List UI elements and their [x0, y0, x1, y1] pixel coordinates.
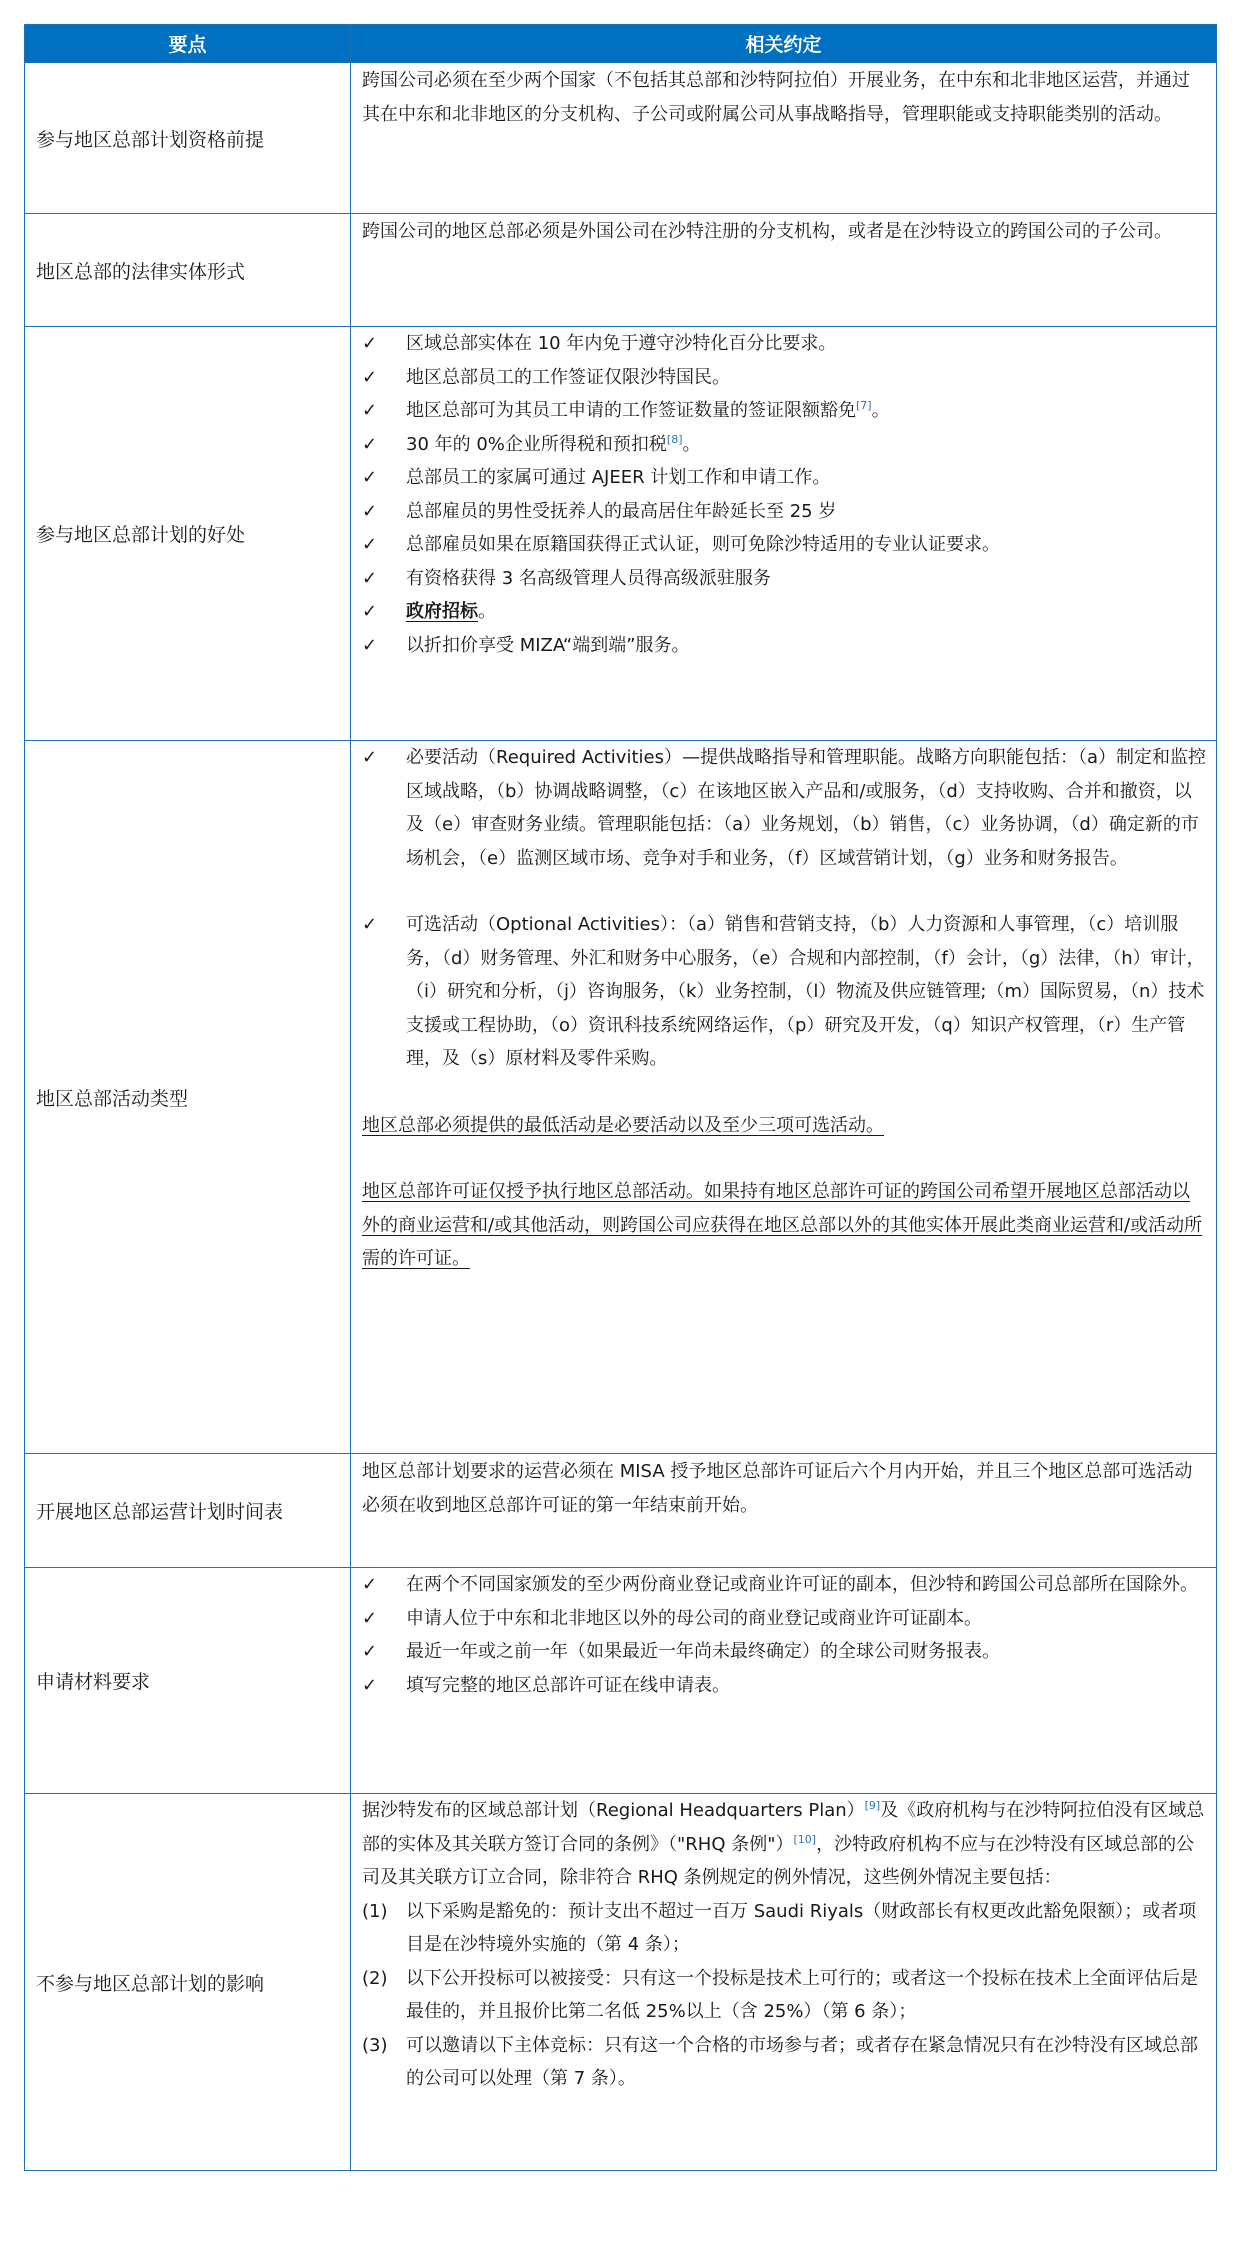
eligibility-text: 跨国公司必须在至少两个国家（不包括其总部和沙特阿拉伯）开展业务，在中东和北非地区…: [362, 70, 1190, 125]
row-key-timeline: 开展地区总部运营计划时间表: [25, 1454, 351, 1568]
benefit-item: ✓以折扣价享受 MIZA“端到端”服务。: [362, 629, 1206, 663]
benefit-item: ✓总部雇员如果在原籍国获得正式认证，则可免除沙特适用的专业认证要求。: [362, 528, 1206, 562]
table-row: 不参与地区总部计划的影响 据沙特发布的区域总部计划（Regional Headq…: [25, 1794, 1217, 2171]
timeline-text: 地区总部计划要求的运营必须在 MISA 授予地区总部许可证后六个月内开始，并且三…: [362, 1461, 1192, 1516]
row-value-activity-types: ✓必要活动（Required Activities）—提供战略指导和管理职能。战…: [351, 741, 1217, 1454]
row-value-eligibility: 跨国公司必须在至少两个国家（不包括其总部和沙特阿拉伯）开展业务，在中东和北非地区…: [351, 63, 1217, 214]
check-icon: ✓: [362, 495, 392, 529]
regional-hq-table: 要点 相关约定 参与地区总部计划资格前提 跨国公司必须在至少两个国家（不包括其总…: [24, 24, 1217, 2171]
check-icon: ✓: [362, 1635, 392, 1669]
benefit-item: ✓30 年的 0%企业所得税和预扣税[8]。: [362, 428, 1206, 462]
check-icon: ✓: [362, 327, 392, 361]
check-icon: ✓: [362, 562, 392, 596]
exception-item: (3)可以邀请以下主体竞标：只有这一个合格的市场参与者；或者存在紧急情况只有在沙…: [362, 2029, 1206, 2096]
material-item: ✓在两个不同国家颁发的至少两份商业登记或商业许可证的副本，但沙特和跨国公司总部所…: [362, 1568, 1206, 1602]
footnote-ref-9[interactable]: [9]: [865, 1799, 881, 1812]
government-tender-link[interactable]: 政府招标: [406, 601, 478, 622]
table-row: 参与地区总部计划资格前提 跨国公司必须在至少两个国家（不包括其总部和沙特阿拉伯）…: [25, 63, 1217, 214]
row-key-activity-types: 地区总部活动类型: [25, 741, 351, 1454]
license-scope-note: 地区总部许可证仅授予执行地区总部活动。如果持有地区总部许可证的跨国公司希望开展地…: [362, 1175, 1206, 1276]
check-icon: ✓: [362, 528, 392, 562]
exception-item: (2)以下公开投标可以被接受：只有这一个投标是技术上可行的；或者这一个投标在技术…: [362, 1962, 1206, 2029]
benefit-item: ✓总部员工的家属可通过 AJEER 计划工作和申请工作。: [362, 461, 1206, 495]
check-icon: ✓: [362, 361, 392, 395]
footnote-ref-8[interactable]: [8]: [667, 433, 683, 446]
check-icon: ✓: [362, 461, 392, 495]
row-value-legal-form: 跨国公司的地区总部必须是外国公司在沙特注册的分支机构，或者是在沙特设立的跨国公司…: [351, 214, 1217, 327]
benefit-item: ✓地区总部可为其员工申请的工作签证数量的签证限额豁免[7]。: [362, 394, 1206, 428]
table-row: 申请材料要求 ✓在两个不同国家颁发的至少两份商业登记或商业许可证的副本，但沙特和…: [25, 1568, 1217, 1794]
material-item: ✓申请人位于中东和北非地区以外的母公司的商业登记或商业许可证副本。: [362, 1602, 1206, 1636]
row-value-application-materials: ✓在两个不同国家颁发的至少两份商业登记或商业许可证的副本，但沙特和跨国公司总部所…: [351, 1568, 1217, 1794]
check-icon: ✓: [362, 1568, 392, 1602]
check-icon: ✓: [362, 428, 392, 462]
benefit-item: ✓有资格获得 3 名高级管理人员得高级派驻服务: [362, 562, 1206, 596]
check-icon: ✓: [362, 1602, 392, 1636]
check-icon: ✓: [362, 1669, 392, 1703]
footnote-ref-10[interactable]: [10]: [794, 1833, 817, 1846]
check-icon: ✓: [362, 595, 392, 629]
material-item: ✓最近一年或之前一年（如果最近一年尚未最终确定）的全球公司财务报表。: [362, 1635, 1206, 1669]
check-icon: ✓: [362, 741, 392, 775]
benefit-item: ✓政府招标。: [362, 595, 1206, 629]
check-icon: ✓: [362, 394, 392, 428]
row-key-legal-form: 地区总部的法律实体形式: [25, 214, 351, 327]
table-row: 地区总部活动类型 ✓必要活动（Required Activities）—提供战略…: [25, 741, 1217, 1454]
benefit-item: ✓区域总部实体在 10 年内免于遵守沙特化百分比要求。: [362, 327, 1206, 361]
benefit-item: ✓地区总部员工的工作签证仅限沙特国民。: [362, 361, 1206, 395]
optional-activities: ✓可选活动（Optional Activities）：（a）销售和营销支持，（b…: [362, 908, 1206, 1076]
check-icon: ✓: [362, 908, 392, 942]
row-value-benefits: ✓区域总部实体在 10 年内免于遵守沙特化百分比要求。 ✓地区总部员工的工作签证…: [351, 327, 1217, 741]
material-item: ✓填写完整的地区总部许可证在线申请表。: [362, 1669, 1206, 1703]
table-row: 地区总部的法律实体形式 跨国公司的地区总部必须是外国公司在沙特注册的分支机构，或…: [25, 214, 1217, 327]
header-key-points: 要点: [25, 25, 351, 63]
row-key-application-materials: 申请材料要求: [25, 1568, 351, 1794]
minimum-activities-note: 地区总部必须提供的最低活动是必要活动以及至少三项可选活动。: [362, 1109, 1206, 1143]
table-row: 参与地区总部计划的好处 ✓区域总部实体在 10 年内免于遵守沙特化百分比要求。 …: [25, 327, 1217, 741]
row-value-timeline: 地区总部计划要求的运营必须在 MISA 授予地区总部许可证后六个月内开始，并且三…: [351, 1454, 1217, 1568]
header-provisions: 相关约定: [351, 25, 1217, 63]
row-key-benefits: 参与地区总部计划的好处: [25, 327, 351, 741]
table-row: 开展地区总部运营计划时间表 地区总部计划要求的运营必须在 MISA 授予地区总部…: [25, 1454, 1217, 1568]
exception-item: (1)以下采购是豁免的：预计支出不超过一百万 Saudi Riyals（财政部长…: [362, 1895, 1206, 1962]
check-icon: ✓: [362, 629, 392, 663]
legal-form-text: 跨国公司的地区总部必须是外国公司在沙特注册的分支机构，或者是在沙特设立的跨国公司…: [362, 221, 1172, 242]
footnote-ref-7[interactable]: [7]: [856, 399, 872, 412]
row-key-eligibility: 参与地区总部计划资格前提: [25, 63, 351, 214]
required-activities: ✓必要活动（Required Activities）—提供战略指导和管理职能。战…: [362, 741, 1206, 875]
benefit-item: ✓总部雇员的男性受抚养人的最高居住年龄延长至 25 岁: [362, 495, 1206, 529]
rhq-regulation-intro: 据沙特发布的区域总部计划（Regional Headquarters Plan）…: [362, 1794, 1206, 1895]
row-key-non-participation: 不参与地区总部计划的影响: [25, 1794, 351, 2171]
table-header-row: 要点 相关约定: [25, 25, 1217, 63]
row-value-non-participation: 据沙特发布的区域总部计划（Regional Headquarters Plan）…: [351, 1794, 1217, 2171]
